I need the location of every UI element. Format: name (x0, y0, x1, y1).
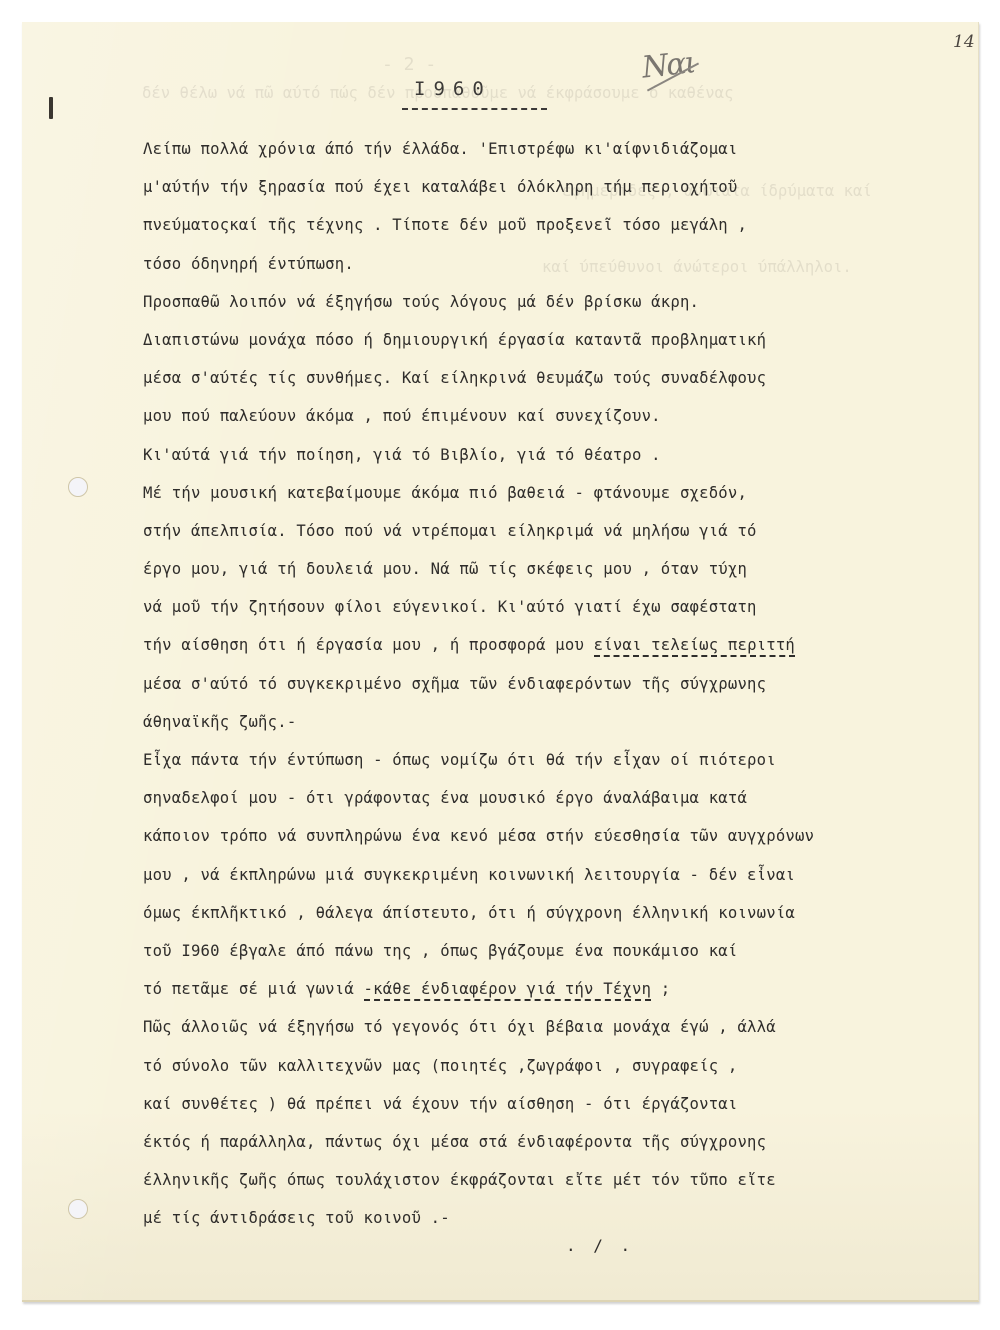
line-text: Διαπιστώνω μονάχα πόσο ή δημιουργική έργ… (143, 331, 766, 349)
punch-hole-bottom (68, 1199, 88, 1219)
line-text: μ'αύτήν τήν ξηρασία πού έχει καταλάβει ό… (143, 178, 737, 196)
text-line: έργο μου, γιά τή δουλειά μου. Νά πῶ τίς … (143, 550, 963, 588)
line-text: τόσο όδηνηρή έντύπωση. (143, 255, 354, 273)
line-text: έκτός ή παράλληλα, πάντως όχι μέσα στά έ… (143, 1133, 766, 1151)
text-line: Λείπω πολλά χρόνια άπό τήν έλλάδα. 'Επισ… (143, 130, 963, 168)
line-text: μου πού παλεύουν άκόμα , πού έπιμένουν κ… (143, 407, 661, 425)
text-line: μέσα σ'αύτές τίς συνθήμες. Καί είληκρινά… (143, 359, 963, 397)
text-line: κάποιον τρόπο νά συνπληρώνω ένα κενό μέσ… (143, 817, 963, 855)
text-line: τό πετᾶμε σέ μιά γωνιά -κάθε ένδιαφέρον … (143, 970, 963, 1008)
line-text: νά μοῦ τήν ζητήσουν φίλοι εύγενικοί. Κι'… (143, 598, 757, 616)
text-line: Προσπαθῶ λοιπόν νά έξηγήσω τούς λόγους μ… (143, 283, 963, 321)
text-line: σηναδελφοί μου - ότι γράφοντας ένα μουσι… (143, 779, 963, 817)
text-line: πνεύματοςκαί τῆς τέχνης . Τίποτε δέν μοῦ… (143, 206, 963, 244)
text-line: Μέ τήν μουσική κατεβαίμουμε άκόμα πιό βα… (143, 474, 963, 512)
continuation-mark: . / . (566, 1236, 634, 1255)
line-text: Πῶς άλλοιῶς νά έξηγήσω τό γεγονός ότι όχ… (143, 1018, 776, 1036)
line-text: μέσα σ'αύτές τίς συνθήμες. Καί είληκρινά… (143, 369, 766, 387)
line-text: τοῦ I960 έβγαλε άπό πάνω της , όπως βγάζ… (143, 942, 737, 960)
text-line: όμως έκπλῆκτικό , θάλεγα άπίστευτο, ότι … (143, 894, 963, 932)
text-line: καί συνθέτες ) θά πρέπει νά έχουν τήν αί… (143, 1085, 963, 1123)
line-text: όμως έκπλῆκτικό , θάλεγα άπίστευτο, ότι … (143, 904, 795, 922)
line-text: σηναδελφοί μου - ότι γράφοντας ένα μουσι… (143, 789, 747, 807)
line-text: Προσπαθῶ λοιπόν νά έξηγήσω τούς λόγους μ… (143, 293, 699, 311)
text-line: νά μοῦ τήν ζητήσουν φίλοι εύγενικοί. Κι'… (143, 588, 963, 626)
text-line: Πῶς άλλοιῶς νά έξηγήσω τό γεγονός ότι όχ… (143, 1008, 963, 1046)
text-line: μ'αύτήν τήν ξηρασία πού έχει καταλάβει ό… (143, 168, 963, 206)
line-text: τό πετᾶμε σέ μιά γωνιά (143, 980, 364, 998)
text-line: Κι'αύτά γιά τήν ποίηση, γιά τό Βιβλίο, γ… (143, 436, 963, 474)
text-line: στήν άπελπισία. Τόσο πού νά ντρέπομαι εί… (143, 512, 963, 550)
underlined-emphasis: -κάθε ένδιαφέρον γιά τήν Τέχνη (364, 980, 652, 1001)
line-text: έργο μου, γιά τή δουλειά μου. Νά πῶ τίς … (143, 560, 747, 578)
bleed-through-header: - 2 - (382, 54, 436, 75)
line-text: Λείπω πολλά χρόνια άπό τήν έλλάδα. 'Επισ… (143, 140, 737, 158)
text-line: μου , νά έκπληρώνω μιά συγκεκριμένη κοιν… (143, 856, 963, 894)
line-text: μέ τίς άντιδράσεις τοῦ κοινοῦ .- (143, 1209, 450, 1227)
underlined-emphasis: είναι τελείως περιττή (594, 636, 795, 657)
text-line: άθηναϊκῆς ζωῆς.- (143, 703, 963, 741)
line-text: καί συνθέτες ) θά πρέπει νά έχουν τήν αί… (143, 1095, 737, 1113)
text-line: έκτός ή παράλληλα, πάντως όχι μέσα στά έ… (143, 1123, 963, 1161)
line-text: τήν αίσθηση ότι ή έργασία μου , ή προσφο… (143, 636, 584, 654)
document-page: - 2 - δέν θέλω νά πῶ αύτό πώς δέν προσπα… (22, 22, 979, 1302)
punch-hole-top (68, 477, 88, 497)
line-text: έλληνικῆς ζωῆς όπως τουλάχιστον έκφράζον… (143, 1171, 776, 1189)
line-suffix: ; (651, 980, 670, 998)
page-number: 14 (953, 32, 975, 52)
document-title: I960 (414, 78, 492, 100)
text-line: μου πού παλεύουν άκόμα , πού έπιμένουν κ… (143, 397, 963, 435)
line-text: Μέ τήν μουσική κατεβαίμουμε άκόμα πιό βα… (143, 484, 747, 502)
line-text: μέσα σ'αύτό τό συγκεκριμένο σχῆμα τῶν έν… (143, 675, 766, 693)
document-body: Λείπω πολλά χρόνια άπό τήν έλλάδα. 'Επισ… (143, 130, 963, 1237)
text-line: Διαπιστώνω μονάχα πόσο ή δημιουργική έργ… (143, 321, 963, 359)
line-text: κάποιον τρόπο νά συνπληρώνω ένα κενό μέσ… (143, 827, 814, 845)
line-text: άθηναϊκῆς ζωῆς.- (143, 713, 296, 731)
text-line: μέσα σ'αύτό τό συγκεκριμένο σχῆμα τῶν έν… (143, 665, 963, 703)
line-text: τό σύνολο τῶν καλλιτεχνῶν μας (ποιητές ,… (143, 1057, 737, 1075)
text-line: τόσο όδηνηρή έντύπωση. (143, 245, 963, 283)
text-line: τό σύνολο τῶν καλλιτεχνῶν μας (ποιητές ,… (143, 1047, 963, 1085)
text-line: τοῦ I960 έβγαλε άπό πάνω της , όπως βγάζ… (143, 932, 963, 970)
title-underline (402, 108, 547, 110)
line-text: στήν άπελπισία. Τόσο πού νά ντρέπομαι εί… (143, 522, 757, 540)
text-line: Εἶχα πάντα τήν έντύπωση - όπως νομίζω ότ… (143, 741, 963, 779)
text-line: τήν αίσθηση ότι ή έργασία μου , ή προσφο… (143, 626, 963, 664)
text-line: έλληνικῆς ζωῆς όπως τουλάχιστον έκφράζον… (143, 1161, 963, 1199)
line-text: πνεύματοςκαί τῆς τέχνης . Τίποτε δέν μοῦ… (143, 216, 747, 234)
text-line: μέ τίς άντιδράσεις τοῦ κοινοῦ .- (143, 1199, 963, 1237)
staple-mark (49, 97, 53, 119)
line-text: Εἶχα πάντα τήν έντύπωση - όπως νομίζω ότ… (143, 751, 776, 769)
line-text: Κι'αύτά γιά τήν ποίηση, γιά τό Βιβλίο, γ… (143, 446, 661, 464)
line-text: μου , νά έκπληρώνω μιά συγκεκριμένη κοιν… (143, 866, 795, 884)
